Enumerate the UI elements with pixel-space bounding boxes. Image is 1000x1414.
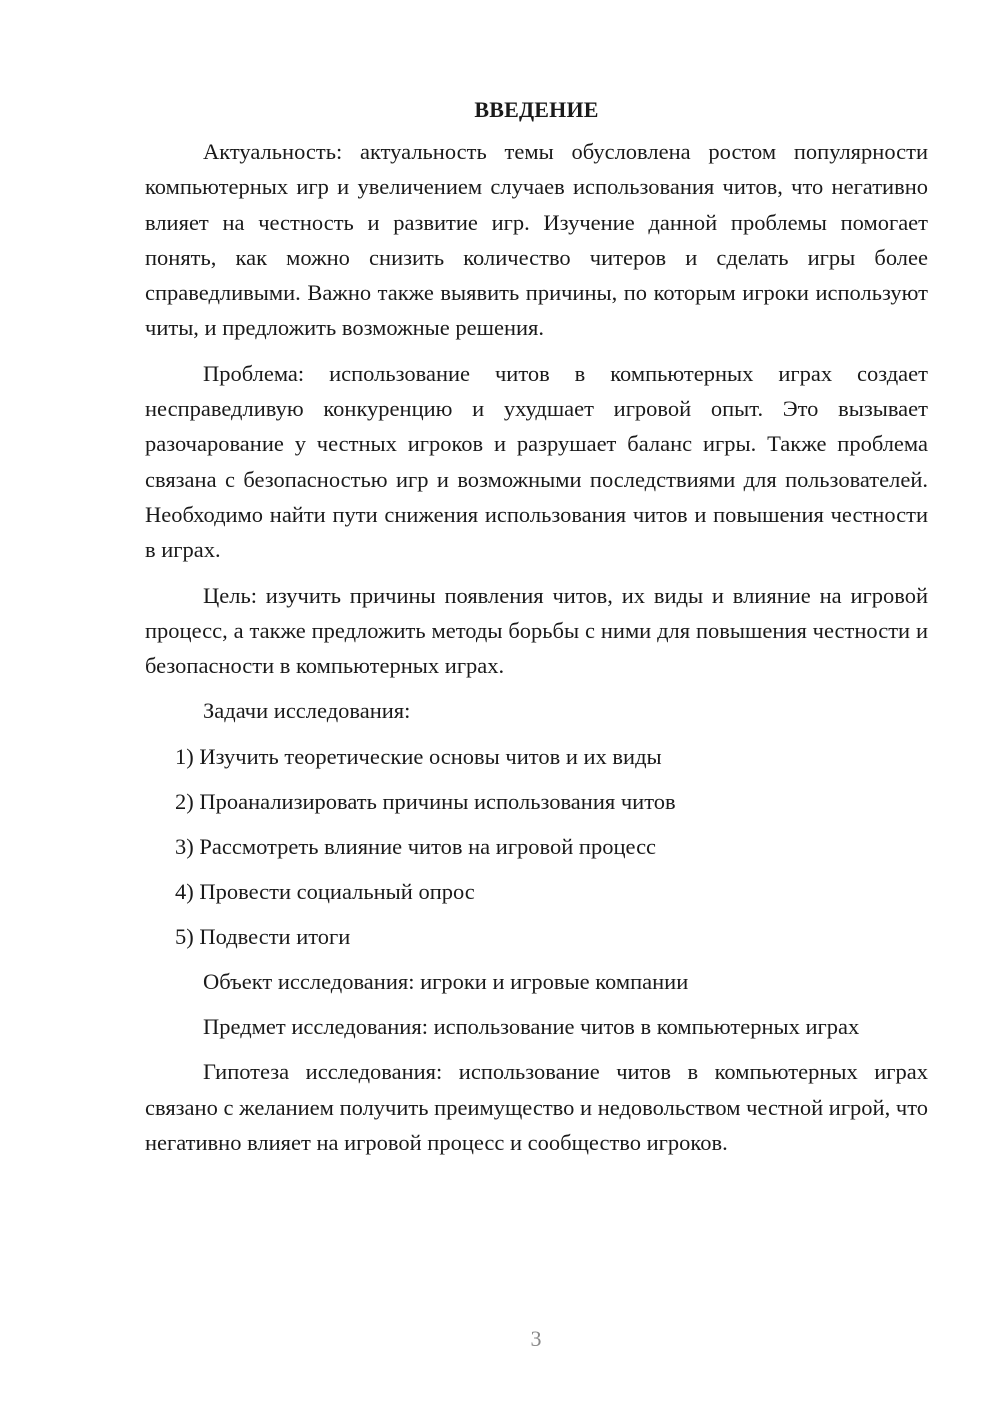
hypothesis-paragraph: Гипотеза исследования: использование чит… [145,1054,928,1160]
task-item: 1) Изучить теоретические основы читов и … [145,739,928,774]
task-item: 4) Провести социальный опрос [145,874,928,909]
page-number: 3 [0,1326,1000,1352]
goal-paragraph: Цель: изучить причины появления читов, и… [145,578,928,684]
task-item: 5) Подвести итоги [145,919,928,954]
task-item: 2) Проанализировать причины использовани… [145,784,928,819]
subject-paragraph: Предмет исследования: использование чито… [145,1009,928,1044]
problem-paragraph: Проблема: использование читов в компьюте… [145,356,928,568]
tasks-list: 1) Изучить теоретические основы читов и … [145,739,928,954]
object-paragraph: Объект исследования: игроки и игровые ко… [145,964,928,999]
relevance-paragraph: Актуальность: актуальность темы обусловл… [145,134,928,346]
page-title: ВВЕДЕНИЕ [145,96,928,124]
task-item: 3) Рассмотреть влияние читов на игровой … [145,829,928,864]
tasks-heading: Задачи исследования: [145,693,928,728]
document-page: ВВЕДЕНИЕ Актуальность: актуальность темы… [145,96,928,1170]
